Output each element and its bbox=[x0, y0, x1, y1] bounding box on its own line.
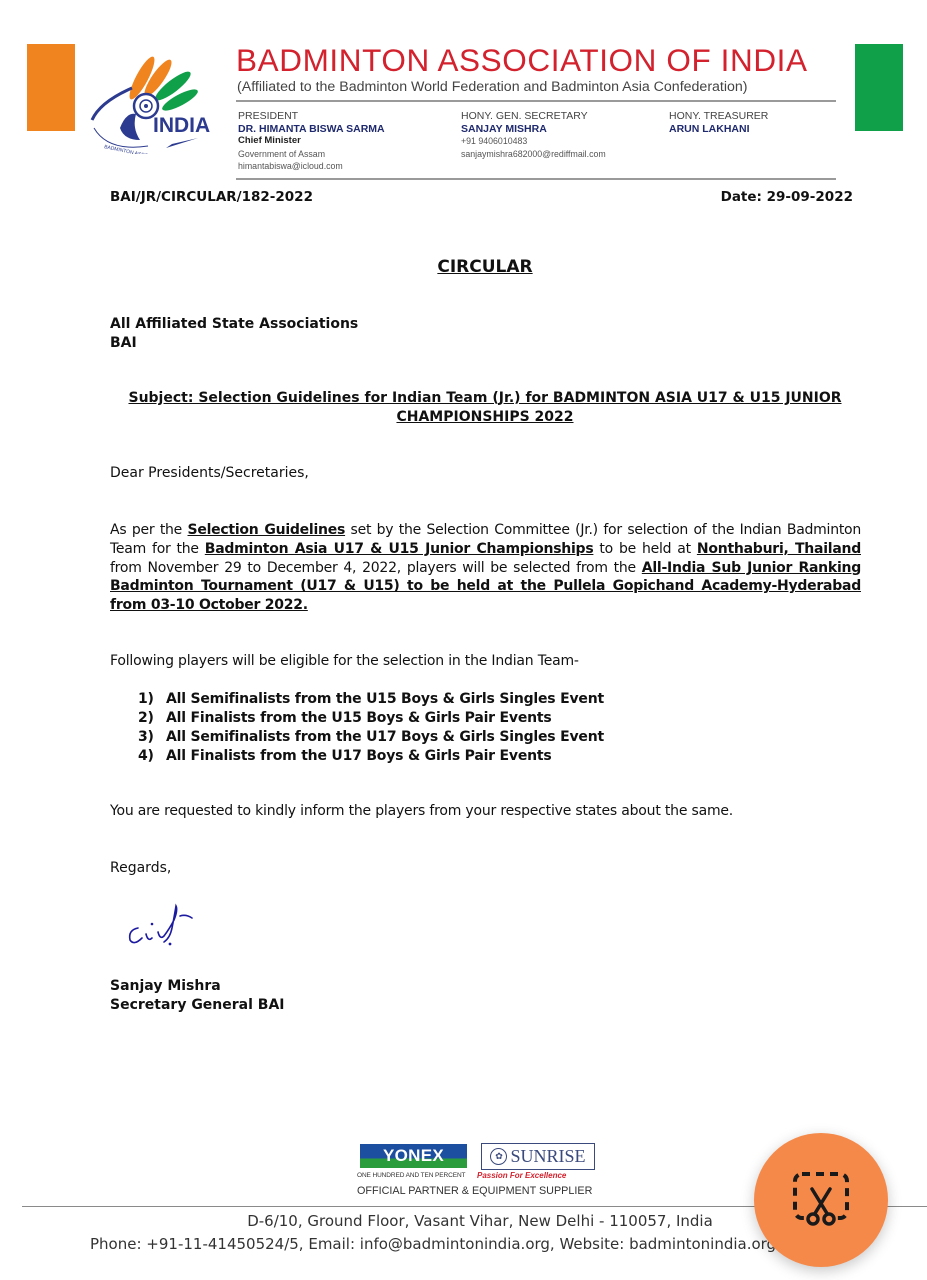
officer-email: sanjaymishra682000@rediffmail.com bbox=[461, 148, 606, 161]
emphasis-venue: Nonthaburi, Thailand bbox=[697, 541, 861, 557]
signer-name: Sanjay Mishra bbox=[110, 977, 285, 996]
officer-title: Chief Minister bbox=[238, 135, 385, 148]
list-text: All Finalists from the U15 Boys & Girls … bbox=[166, 709, 552, 728]
officer-role: HONY. GEN. SECRETARY bbox=[461, 110, 606, 123]
officer-treasurer: HONY. TREASURER ARUN LAKHANI bbox=[669, 110, 768, 135]
eligibility-list: 1)All Semifinalists from the U15 Boys & … bbox=[138, 690, 604, 766]
list-item: 1)All Semifinalists from the U15 Boys & … bbox=[138, 690, 604, 709]
flag-green-bar bbox=[855, 44, 903, 131]
circular-date: Date: 29-09-2022 bbox=[721, 189, 853, 205]
list-text: All Semifinalists from the U15 Boys & Gi… bbox=[166, 690, 604, 709]
list-text: All Finalists from the U17 Boys & Girls … bbox=[166, 747, 552, 766]
yonex-logo: YONEX bbox=[360, 1144, 467, 1168]
officer-phone: +91 9406010483 bbox=[461, 135, 606, 148]
yonex-tagline: ONE HUNDRED AND TEN PERCENT bbox=[357, 1172, 465, 1179]
circular-reference: BAI/JR/CIRCULAR/182-2022 bbox=[110, 189, 313, 205]
header-divider-bottom bbox=[236, 178, 836, 180]
shuttlecock-hand-icon: BADMINTON ASSOCIATION OF INDIA bbox=[88, 48, 228, 154]
sponsor-name: SUNRISE bbox=[510, 1146, 585, 1167]
partner-line: OFFICIAL PARTNER & EQUIPMENT SUPPLIER bbox=[357, 1185, 592, 1197]
sunrise-logo: ✿ SUNRISE bbox=[481, 1143, 595, 1170]
flag-orange-bar bbox=[27, 44, 75, 131]
officer-president: PRESIDENT DR. HIMANTA BISWA SARMA Chief … bbox=[238, 110, 385, 173]
list-number: 1) bbox=[138, 690, 166, 709]
addressee: All Affiliated State Associations BAI bbox=[110, 315, 358, 353]
body-paragraph: As per the Selection Guidelines set by t… bbox=[110, 521, 861, 615]
footer-contact: Phone: +91-11-41450524/5, Email: info@ba… bbox=[90, 1235, 776, 1253]
emphasis-selection-guidelines: Selection Guidelines bbox=[188, 522, 346, 538]
bai-logo: BADMINTON ASSOCIATION OF INDIA bbox=[88, 48, 228, 154]
list-number: 2) bbox=[138, 709, 166, 728]
sunrise-emblem-icon: ✿ bbox=[490, 1148, 507, 1165]
officer-role: PRESIDENT bbox=[238, 110, 385, 123]
officer-role: HONY. TREASURER bbox=[669, 110, 768, 123]
list-text: All Semifinalists from the U17 Boys & Gi… bbox=[166, 728, 604, 747]
affiliation-line: (Affiliated to the Badminton World Feder… bbox=[237, 79, 748, 95]
officer-name: DR. HIMANTA BISWA SARMA bbox=[238, 123, 385, 136]
list-item: 3)All Semifinalists from the U17 Boys & … bbox=[138, 728, 604, 747]
body-text: to be held at bbox=[593, 541, 696, 557]
list-item: 4)All Finalists from the U17 Boys & Girl… bbox=[138, 747, 604, 766]
sponsor-name: YONEX bbox=[383, 1146, 444, 1166]
addressee-line: BAI bbox=[110, 334, 358, 353]
screenshot-scissors-icon bbox=[790, 1169, 852, 1231]
screenshot-capture-button[interactable] bbox=[754, 1133, 888, 1267]
body-text: from November 29 to December 4, 2022, pl… bbox=[110, 560, 642, 576]
officer-secretary: HONY. GEN. SECRETARY SANJAY MISHRA +91 9… bbox=[461, 110, 606, 160]
officer-detail: Government of Assam bbox=[238, 148, 385, 161]
svg-text:INDIA: INDIA bbox=[153, 114, 210, 137]
list-item: 2)All Finalists from the U15 Boys & Girl… bbox=[138, 709, 604, 728]
emphasis-championship-name: Badminton Asia U17 & U15 Junior Champion… bbox=[205, 541, 594, 557]
eligibility-intro: Following players will be eligible for t… bbox=[110, 653, 579, 669]
addressee-line: All Affiliated State Associations bbox=[110, 315, 358, 334]
signer-block: Sanjay Mishra Secretary General BAI bbox=[110, 977, 285, 1015]
officer-name: SANJAY MISHRA bbox=[461, 123, 606, 136]
circular-title: CIRCULAR bbox=[0, 257, 927, 277]
organization-name: BADMINTON ASSOCIATION OF INDIA bbox=[236, 42, 846, 79]
subject-line: Subject: Selection Guidelines for Indian… bbox=[110, 389, 860, 427]
officer-name: ARUN LAKHANI bbox=[669, 123, 768, 136]
body-text: As per the bbox=[110, 522, 188, 538]
header-divider bbox=[236, 100, 836, 102]
officer-email: himantabiswa@icloud.com bbox=[238, 160, 385, 173]
list-number: 4) bbox=[138, 747, 166, 766]
svg-text:BADMINTON ASSOCIATION OF: BADMINTON ASSOCIATION OF bbox=[104, 144, 177, 154]
signer-title: Secretary General BAI bbox=[110, 996, 285, 1015]
list-number: 3) bbox=[138, 728, 166, 747]
salutation: Dear Presidents/Secretaries, bbox=[110, 465, 309, 481]
closing: Regards, bbox=[110, 860, 171, 876]
request-line: You are requested to kindly inform the p… bbox=[110, 803, 733, 819]
signature-icon bbox=[124, 898, 214, 950]
sunrise-tagline: Passion For Excellence bbox=[477, 1171, 566, 1180]
